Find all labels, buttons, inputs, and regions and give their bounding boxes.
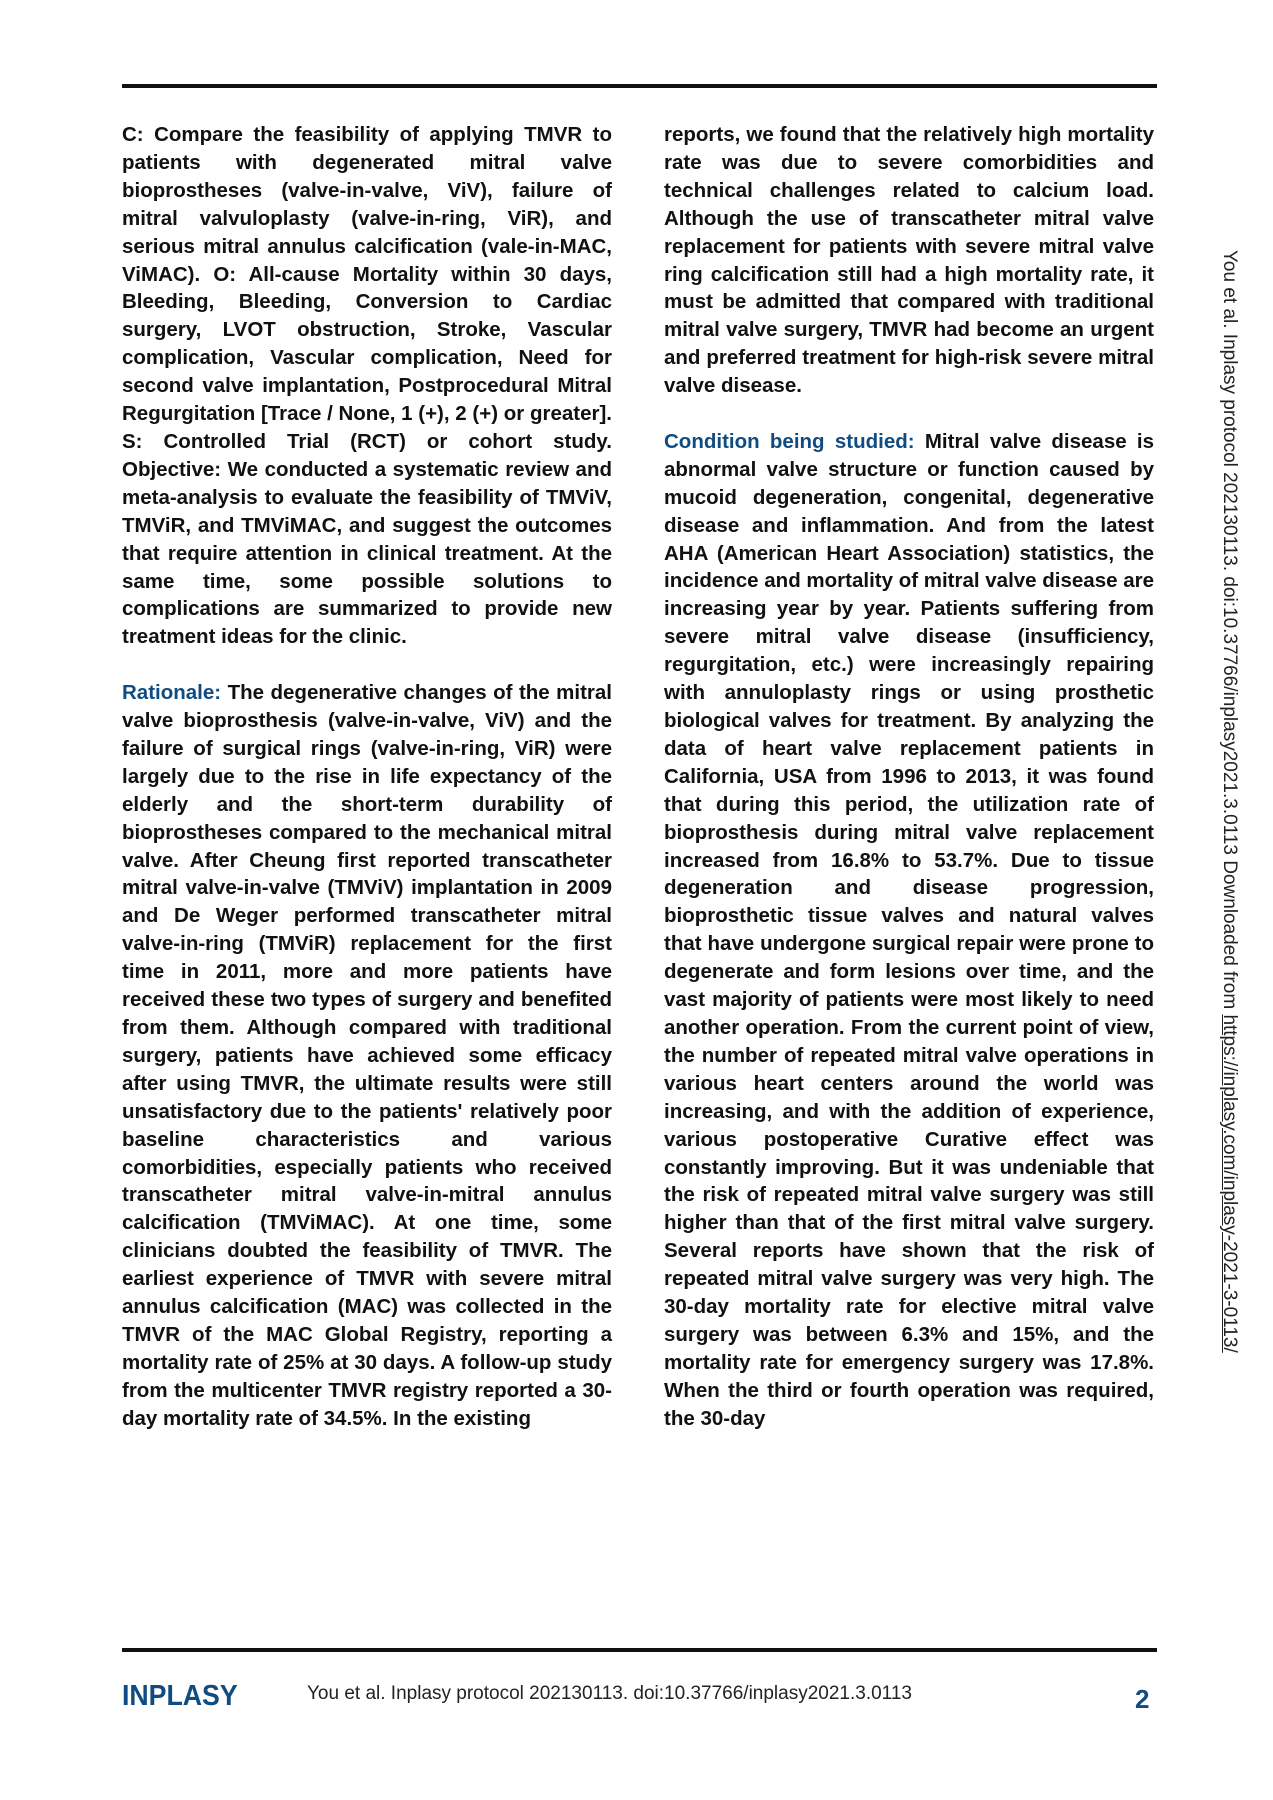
- right-column: reports, we found that the relatively hi…: [664, 121, 1154, 1433]
- page-number: 2: [1135, 1684, 1149, 1715]
- condition-heading: Condition being studied:: [664, 430, 915, 453]
- header-rule: [122, 84, 1157, 88]
- condition-paragraph: Condition being studied: Mitral valve di…: [664, 428, 1154, 1433]
- footer-citation: You et al. Inplasy protocol 202130113. d…: [307, 1683, 912, 1705]
- footer-rule: [122, 1648, 1157, 1652]
- rationale-heading: Rationale:: [122, 681, 221, 704]
- footer-brand-logo: INPLASY: [122, 1680, 238, 1713]
- pico-paragraph: C: Compare the feasibility of applying T…: [122, 121, 612, 651]
- left-column: C: Compare the feasibility of applying T…: [122, 121, 612, 1433]
- side-download-note: You et al. Inplasy protocol 202130113. d…: [1218, 250, 1240, 1353]
- rationale-text: The degenerative changes of the mitral v…: [122, 681, 612, 1430]
- rationale-paragraph: Rationale: The degenerative changes of t…: [122, 679, 612, 1432]
- condition-text: Mitral valve disease is abnormal valve s…: [664, 430, 1154, 1430]
- side-note-text: You et al. Inplasy protocol 202130113. d…: [1219, 250, 1240, 1014]
- reports-paragraph: reports, we found that the relatively hi…: [664, 121, 1154, 400]
- download-link[interactable]: https://inplasy.com/inplasy-2021-3-0113/: [1219, 1014, 1240, 1352]
